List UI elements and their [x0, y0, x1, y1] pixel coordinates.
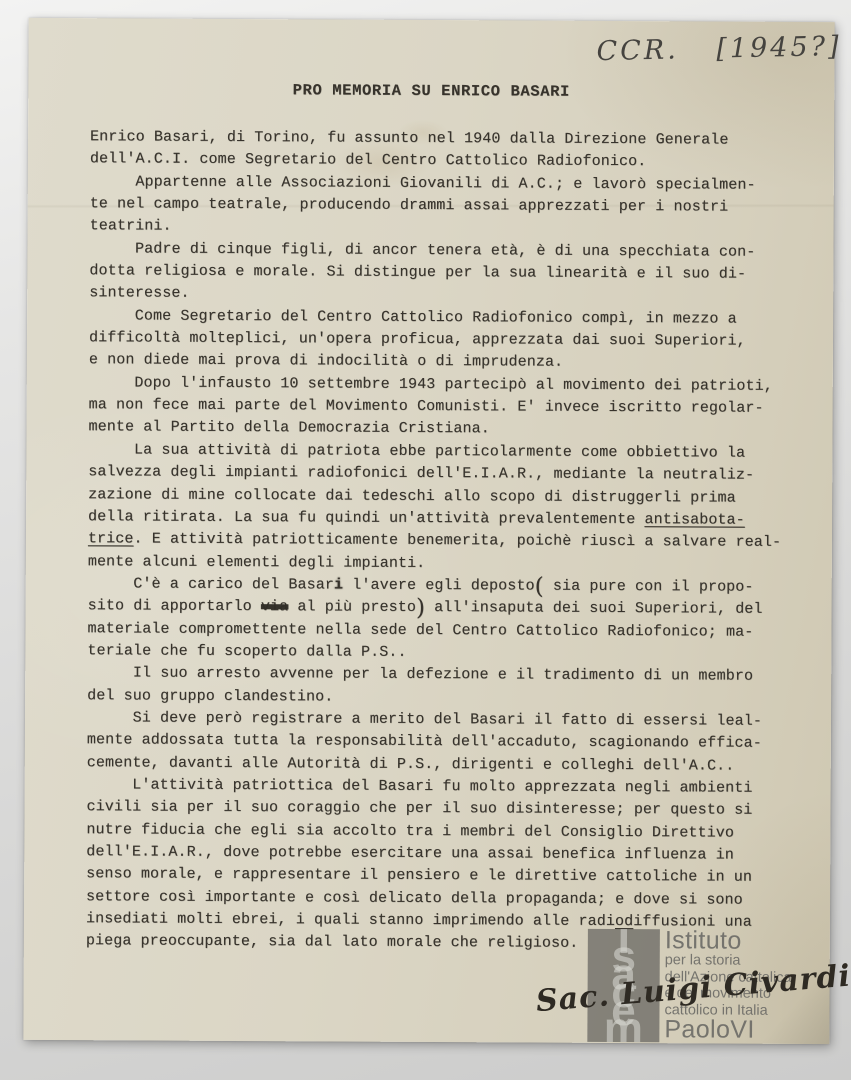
document-line: civili sia per il suo coraggio che per i…: [86, 797, 779, 823]
document-line-segment: della ritirata. La sua fu quindi un'atti…: [88, 508, 645, 528]
document-line-segment: sito di apportarlo: [88, 597, 261, 615]
document-line: sito di apportarlo via al più presto) al…: [88, 595, 781, 621]
document-line-segment: difficoltà molteplici, un'opera proficua…: [89, 329, 746, 349]
document-line-segment: nutre fiducia che egli sia accolto tra i…: [86, 821, 734, 841]
document-line-segment: Dopo l'infausto 10 settembre 1943 partec…: [89, 374, 773, 395]
document-line-segment: Appartenne alle Associazioni Giovanili d…: [90, 173, 756, 193]
document-line-segment-u: od: [615, 913, 633, 930]
document-line-segment: settore così importante e così delicato …: [86, 888, 743, 908]
document-line-segment: zazione di mine collocate dai tedeschi a…: [88, 486, 736, 506]
document-line: salvezza degli impianti radiofonici dell…: [88, 461, 781, 487]
document-paper: CCR. [1945?] PRO MEMORIA SU ENRICO BASAR…: [23, 18, 834, 1044]
document-line-segment: teatrini.: [90, 218, 172, 235]
handwritten-archive-note: CCR. [1945?]: [596, 31, 842, 67]
document-line-segment: piega preoccupante, sia dal lato morale …: [86, 933, 579, 953]
document-line-segment: del suo gruppo clandestino.: [87, 687, 333, 705]
document-line-segment: ma non fece mai parte del Movimento Comu…: [89, 396, 764, 417]
document-line-segment: Si deve però registrare a merito del Bas…: [87, 709, 762, 730]
document-line-segment: mente alcuni elementi degli impianti.: [88, 553, 426, 572]
photo-backdrop: { "annotations": { "top_note": "CCR. [19…: [0, 0, 851, 1080]
document-line-segment-hp: (: [535, 573, 544, 599]
document-line-segment: te nel campo teatrale, producendo drammi…: [90, 195, 729, 215]
document-line-segment: materiale compromettente nella sede del …: [87, 620, 753, 640]
document-line-segment: l'avere egli deposto: [343, 576, 535, 594]
document-line-segment: Come Segretario del Centro Cattolico Rad…: [89, 307, 737, 327]
document-line-segment: all'insaputa dei suoi Superiori, del: [425, 599, 763, 618]
watermark-text-line: Istituto: [665, 929, 792, 953]
document-line: dell'A.C.I. come Segretario del Centro C…: [90, 149, 783, 175]
document-line-segment: Enrico Basari, di Torino, fu assunto nel…: [90, 128, 729, 148]
document-line-segment: mente addossata tutta la responsabilità …: [87, 731, 762, 752]
document-line: senso morale, e rappresentare il pensier…: [86, 864, 779, 890]
document-line-segment: salvezza degli impianti radiofonici dell…: [88, 463, 754, 483]
document-line-segment: senso morale, e rappresentare il pensier…: [86, 866, 752, 886]
document-line: dotta religiosa e morale. Si distingue p…: [89, 260, 782, 286]
document-line-segment: C'è a carico del Basar: [88, 575, 334, 593]
document-line: e non diede mai prova di indocilità o di…: [89, 350, 782, 376]
document-line-segment: Il suo arresto avvenne per la defezione …: [87, 664, 753, 684]
document-line-segment: civili sia per il suo coraggio che per i…: [87, 799, 753, 819]
document-line-segment: dotta religiosa e morale. Si distingue p…: [89, 262, 746, 282]
document-line: trice. E attività patriotticamente benem…: [88, 528, 781, 554]
document-line-segment: La sua attività di patriota ebbe partico…: [88, 441, 745, 461]
document-line-segment: dell'E.I.A.R., dove potrebbe esercitare …: [86, 843, 734, 863]
document-body: Enrico Basari, di Torino, fu assunto nel…: [86, 126, 784, 956]
watermark-text-line: PaoloVI: [664, 1018, 791, 1042]
document-line-segment: . E attività patriotticamente benemerita…: [134, 531, 782, 551]
document-line-segment-u: antisabota-: [644, 511, 744, 529]
document-line-segment: mente al Partito della Democrazia Cristi…: [88, 419, 489, 438]
document-line-segment: sia pure con il propo-: [544, 577, 754, 595]
document-line-segment: teriale che fu scoperto dalla P.S..: [87, 642, 406, 661]
document-line: Il suo arresto avvenne per la defezione …: [87, 662, 780, 688]
document-line-segment: e non diede mai prova di indocilità o di…: [89, 352, 563, 371]
isacem-logo-letter: m: [587, 1020, 659, 1038]
document-line: te nel campo teatrale, producendo drammi…: [90, 193, 783, 219]
document-line-segment: dell'A.C.I. come Segretario del Centro C…: [90, 151, 647, 171]
document-line-segment: sinteresse.: [89, 285, 189, 303]
document-line-segment-x: via: [261, 598, 288, 615]
document-line-segment: insediati molti ebrei, i quali stanno im…: [86, 910, 615, 930]
document-line: mente addossata tutta la responsabilità …: [87, 729, 780, 755]
document-line-segment: L'attività patriottica del Basari fu mol…: [87, 776, 753, 796]
document-line-segment-u: trice: [88, 530, 134, 547]
page-title: PRO MEMORIA SU ENRICO BASARI: [28, 80, 834, 102]
document-line-segment: cemente, davanti alle Autorità di P.S., …: [87, 754, 735, 774]
document-line-segment: Padre di cinque figli, di ancor tenera e…: [89, 240, 755, 260]
document-line-segment: al più presto: [288, 598, 416, 616]
